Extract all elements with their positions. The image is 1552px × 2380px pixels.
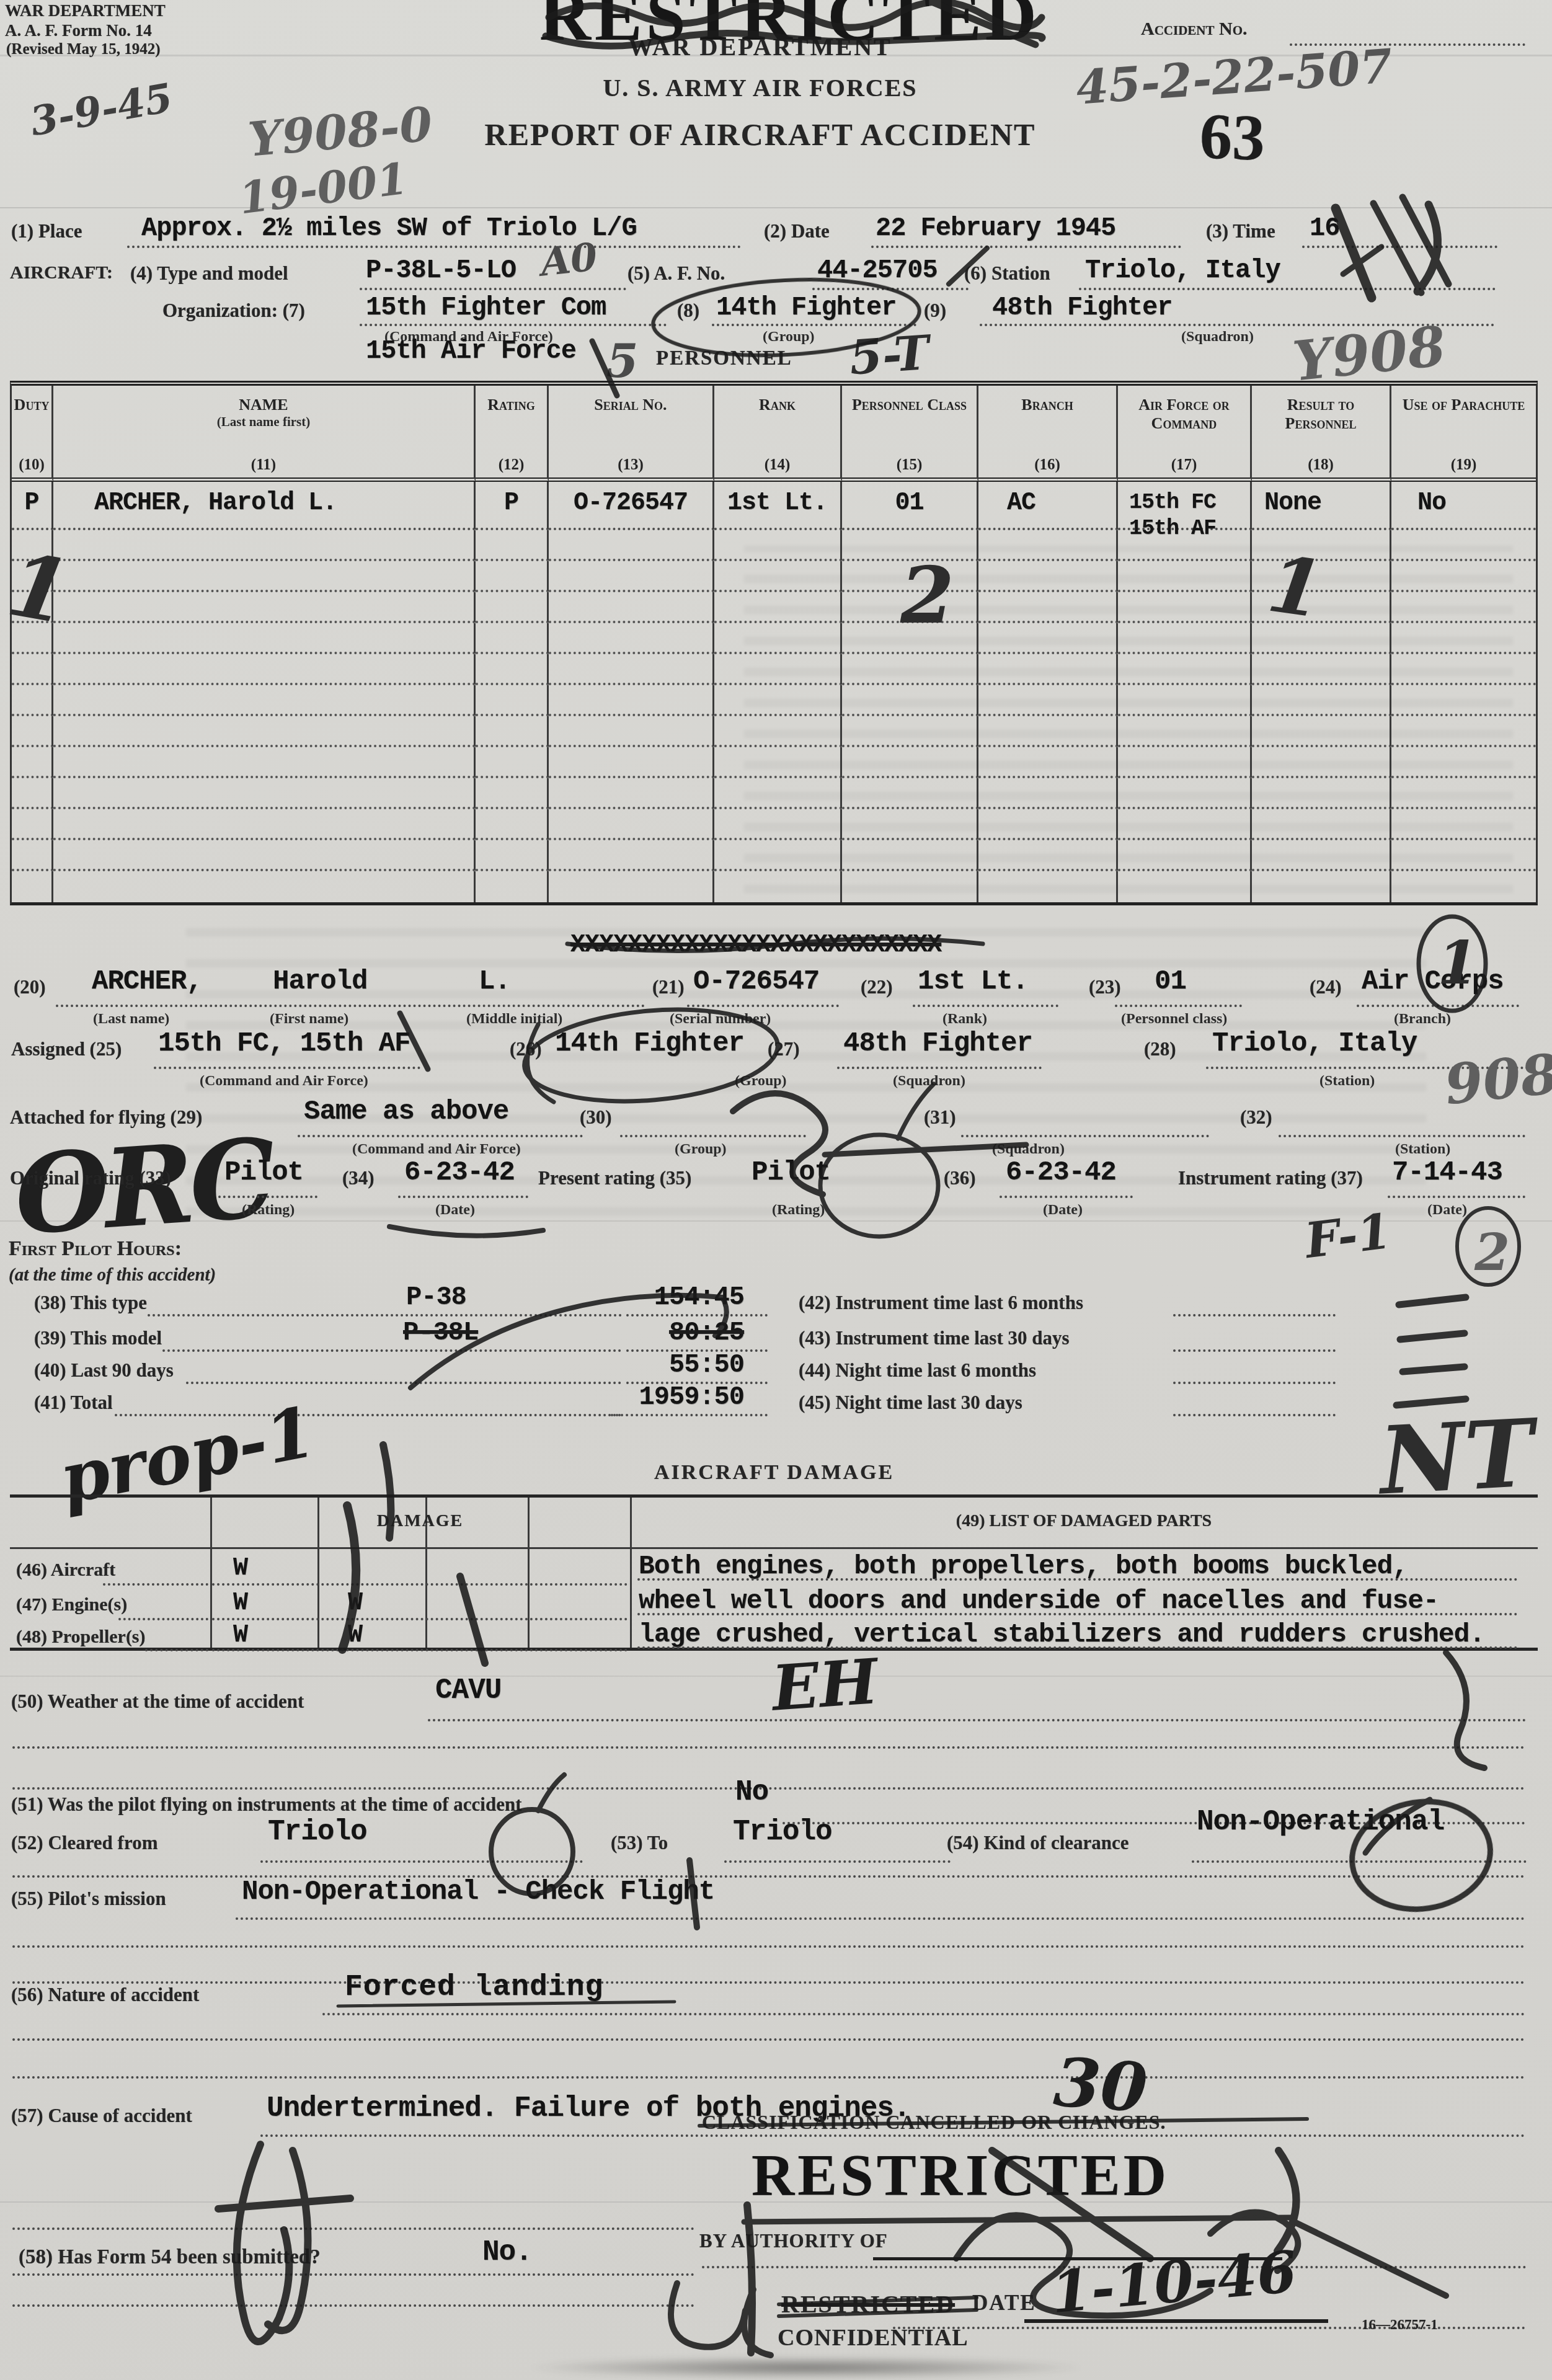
cell-air-force-command: 15th FC 15th AF bbox=[1118, 482, 1252, 530]
handwritten-scribbles-overlay bbox=[0, 0, 1552, 2380]
scanned-accident-report-page: WAR DEPARTMENT A. A. F. Form No. 14 (Rev… bbox=[0, 0, 1552, 2380]
